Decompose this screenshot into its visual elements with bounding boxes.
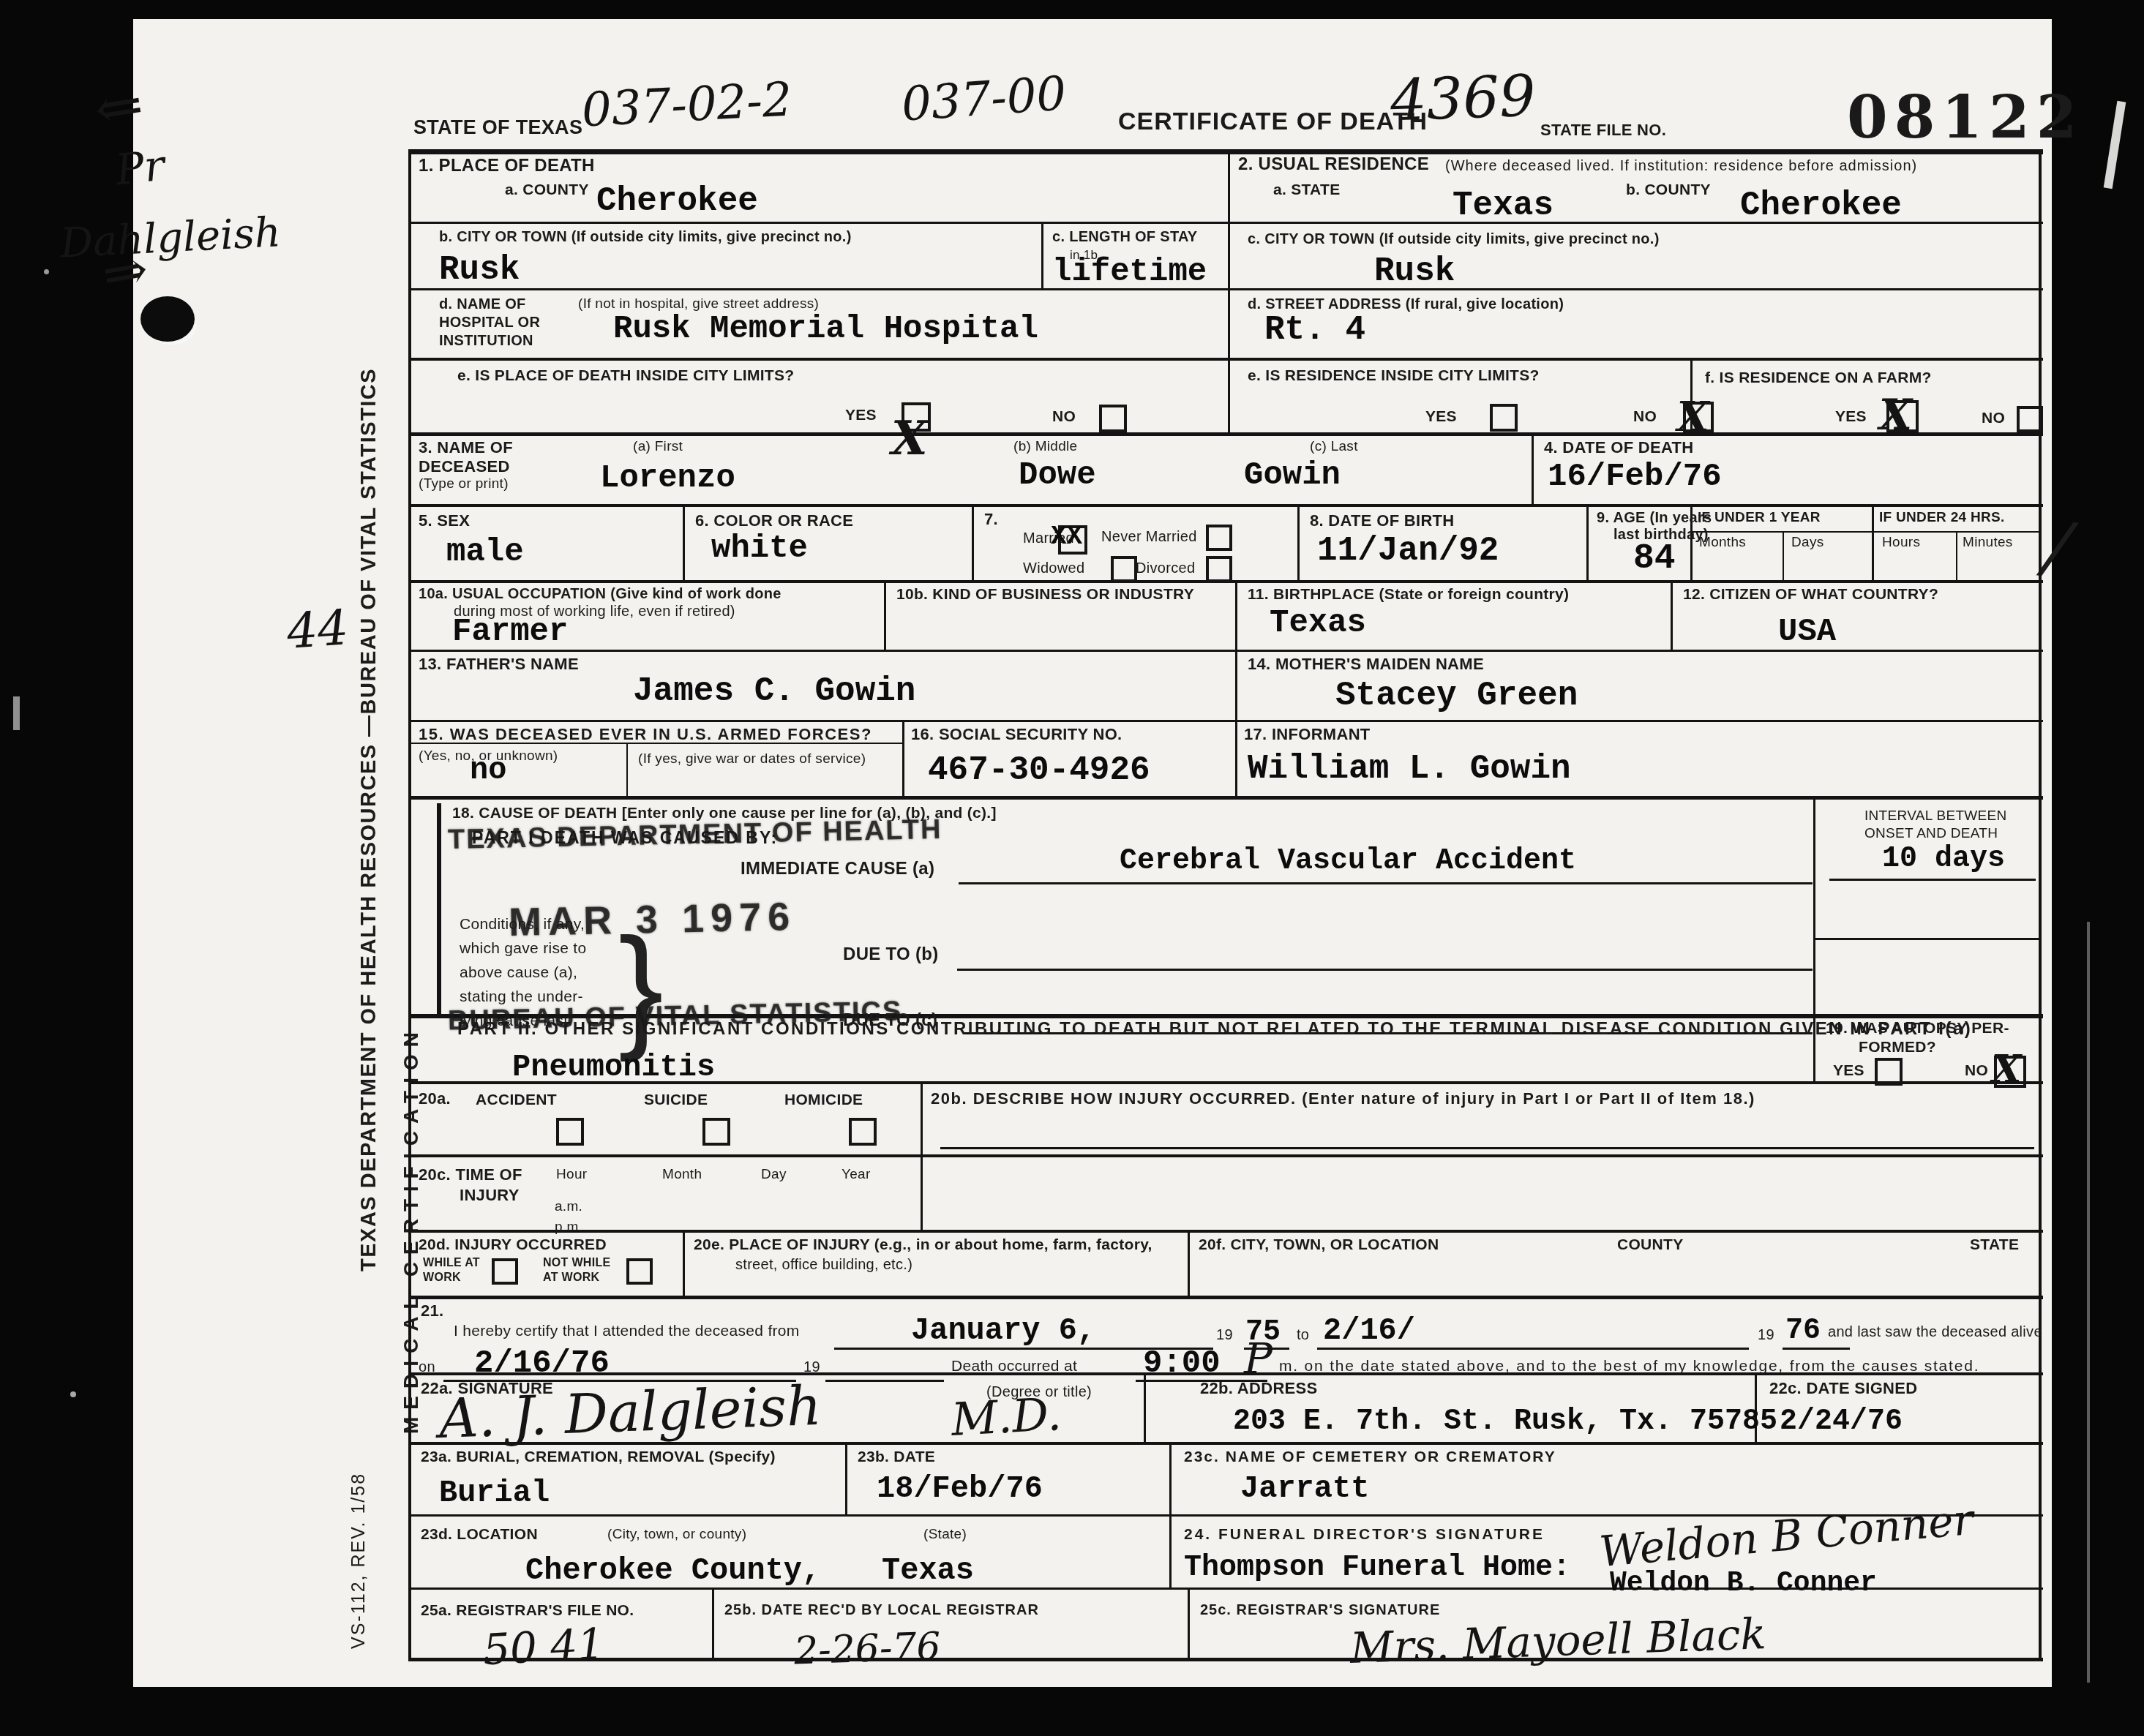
divider <box>1169 1442 1172 1587</box>
section3-title3: (Type or print) <box>419 477 509 492</box>
entry-underline <box>1783 1348 1850 1350</box>
part2-label: PART II. OTHER SIGNIFICANT CONDITIONS CO… <box>457 1020 1972 1039</box>
field-3a-first-label: (a) First <box>633 440 683 455</box>
scan-band-right-streak <box>2104 101 2126 189</box>
divider <box>1188 1587 1190 1658</box>
field-23d-location-label: 23d. LOCATION <box>421 1526 538 1543</box>
field-23d-city-value: Cherokee County, <box>525 1555 820 1586</box>
section3-title: 3. NAME OF <box>419 439 513 456</box>
field-23d-city-sub: (City, town, or county) <box>607 1528 746 1543</box>
divider <box>410 1658 2043 1661</box>
field-20c-am-label: a.m. <box>555 1200 582 1215</box>
field-7-widowed-label: Widowed <box>1023 560 1084 576</box>
field-21-yy-to: 76 <box>1785 1317 1821 1346</box>
state-of-texas-label: STATE OF TEXAS <box>413 117 582 139</box>
field-24-funeral-director-typed: Weldon B. Conner <box>1610 1570 1877 1598</box>
scan-speck <box>13 696 20 730</box>
field-19-no-x-mark: X <box>1992 1051 2021 1089</box>
field-22b-address-value: 203 E. 7th. St. Rusk, Tx. 75785 <box>1233 1408 1777 1437</box>
field-20a-homicide-checkbox <box>849 1118 877 1146</box>
divider <box>410 432 2043 436</box>
field-2e-limits-label: e. IS RESIDENCE INSIDE CITY LIMITS? <box>1248 367 1540 384</box>
margin-arrow-left-icon: ⇐ <box>91 75 147 139</box>
field-1e-limits-label: e. IS PLACE OF DEATH INSIDE CITY LIMITS? <box>457 367 794 384</box>
field-1b-city-label: b. CITY OR TOWN (If outside city limits,… <box>439 229 852 245</box>
section3-title2: DECEASED <box>419 458 510 476</box>
field-20b-label: 20b. DESCRIBE HOW INJURY OCCURRED. (Ente… <box>931 1090 1755 1108</box>
field-21-to-label: to <box>1297 1327 1309 1343</box>
part2-value: Pneumonitis <box>512 1052 715 1083</box>
scan-speck <box>70 1391 76 1397</box>
field-6-race-value: white <box>711 533 808 565</box>
field-2f-yes-label: YES <box>1835 408 1867 425</box>
divider <box>410 358 2043 361</box>
divider <box>1692 531 2040 533</box>
field-19-yes-checkbox <box>1875 1058 1903 1086</box>
field-1e-yes-label: YES <box>845 407 877 424</box>
field-7-label: 7. <box>984 511 998 528</box>
field-19-no-label: NO <box>1965 1062 1988 1079</box>
field-9-hours-label: Hours <box>1882 536 1920 551</box>
field-20a-accident-label: ACCIDENT <box>476 1091 557 1108</box>
divider <box>902 720 904 796</box>
field-21-from-date: January 6, <box>911 1315 1095 1346</box>
field-5-sex-value: male <box>446 536 524 568</box>
field-23a-burial-value: Burial <box>439 1478 550 1508</box>
field-25b-date-recd-value: 2-26-76 <box>793 1628 941 1671</box>
field-21-num: 21. <box>421 1302 443 1320</box>
divider <box>1235 580 1237 796</box>
field-18-interval-label1: INTERVAL BETWEEN <box>1864 809 2006 824</box>
field-2a-state-value: Texas <box>1453 189 1553 222</box>
field-20d-while-label1: WHILE AT <box>423 1257 480 1270</box>
field-7-never-married-checkbox <box>1206 525 1232 551</box>
divider <box>921 1081 923 1230</box>
field-1d-hospital-paren: (If not in hospital, give street address… <box>578 297 819 312</box>
field-2e-yes-label: YES <box>1425 408 1457 425</box>
stamp-received-date: MAR 3 1976 <box>508 894 796 945</box>
field-8-dob-value: 11/Jan/92 <box>1317 534 1499 568</box>
field-2e-no-x-mark: X <box>1677 397 1709 437</box>
field-20a-accident-checkbox <box>556 1118 584 1146</box>
field-7-married-xx-mark: XX <box>1051 524 1082 550</box>
field-2c-city-label: c. CITY OR TOWN (If outside city limits,… <box>1248 231 1660 247</box>
divider <box>1228 149 1230 435</box>
field-9-age-label: 9. AGE (In years <box>1597 510 1712 526</box>
field-9-months-label: Months <box>1699 536 1746 551</box>
field-2f-farm-label: f. IS RESIDENCE ON A FARM? <box>1705 369 1932 386</box>
handwritten-cert-number: 4369 <box>1390 68 1537 130</box>
section1-title: 1. PLACE OF DEATH <box>419 157 595 176</box>
field-20f-county-label: COUNTY <box>1617 1236 1683 1253</box>
field-23d-state-sub: (State) <box>923 1528 967 1543</box>
field-8-dob-label: 8. DATE OF BIRTH <box>1310 512 1455 530</box>
field-2d-street-value: Rt. 4 <box>1264 313 1365 347</box>
field-19-autopsy-label2: FORMED? <box>1859 1039 1936 1056</box>
divider <box>884 580 886 652</box>
divider <box>712 1587 714 1658</box>
field-20e-label2: street, office building, etc.) <box>735 1257 912 1273</box>
field-21-ampm-mark: P <box>1244 1337 1272 1380</box>
field-22c-date-signed-label: 22c. DATE SIGNED <box>1769 1380 1917 1397</box>
field-20d-label: 20d. INJURY OCCURRED <box>419 1236 607 1253</box>
field-18-immediate-cause-label: IMMEDIATE CAUSE (a) <box>741 860 934 879</box>
field-4-date-of-death-label: 4. DATE OF DEATH <box>1544 439 1693 456</box>
field-14-mother-label: 14. MOTHER'S MAIDEN NAME <box>1248 655 1484 673</box>
field-3b-middle-label: (b) Middle <box>1013 440 1077 455</box>
entry-underline <box>1829 879 2036 881</box>
margin-handwritten-name: Dahlgleish <box>59 212 282 265</box>
field-20c-month-label: Month <box>662 1168 702 1183</box>
field-21-to-date: 2/16/ <box>1323 1315 1415 1346</box>
field-2e-yes-checkbox <box>1490 404 1518 432</box>
field-2a-state-label: a. STATE <box>1273 181 1340 198</box>
field-13-father-value: James C. Gowin <box>633 675 915 708</box>
divider <box>1783 531 1784 582</box>
field-19-yes-label: YES <box>1833 1062 1864 1079</box>
field-20e-label1: 20e. PLACE OF INJURY (e.g., in or about … <box>694 1236 1152 1253</box>
divider <box>2039 149 2042 1661</box>
field-22b-address-label: 22b. ADDRESS <box>1200 1380 1318 1397</box>
field-18-due-to-b-label: DUE TO (b) <box>843 945 939 964</box>
field-2b-county-label: b. COUNTY <box>1626 181 1711 198</box>
field-23d-state-value: Texas <box>882 1555 974 1586</box>
field-1e-yes-x-mark: X <box>891 416 928 462</box>
field-20c-label2: INJURY <box>460 1187 520 1204</box>
divider <box>410 149 2043 154</box>
divider <box>1144 1372 1146 1442</box>
field-14-mother-value: Stacey Green <box>1335 679 1578 713</box>
divider <box>1956 531 1957 582</box>
field-7-divorced-checkbox <box>1206 556 1232 582</box>
divider <box>1532 432 1534 506</box>
field-20a-suicide-checkbox <box>702 1118 730 1146</box>
scan-speck <box>44 269 49 274</box>
divider <box>972 504 974 582</box>
entry-underline <box>940 1147 2034 1149</box>
field-25c-registrar-sig-label: 25c. REGISTRAR'S SIGNATURE <box>1200 1602 1440 1618</box>
divider <box>410 504 2043 507</box>
field-6-race-label: 6. COLOR OR RACE <box>695 512 853 530</box>
field-9-under-24-label: IF UNDER 24 HRS. <box>1879 511 2005 526</box>
state-file-no-label: STATE FILE NO. <box>1540 121 1666 139</box>
divider <box>408 149 411 1661</box>
field-16-ssn-label: 16. SOCIAL SECURITY NO. <box>911 726 1122 743</box>
field-10b-industry-label: 10b. KIND OF BUSINESS OR INDUSTRY <box>896 586 1194 603</box>
entry-underline <box>825 1380 944 1382</box>
field-23b-date-value: 18/Feb/76 <box>877 1473 1043 1504</box>
field-10a-occupation-label: 10a. USUAL OCCUPATION (Give kind of work… <box>419 586 781 602</box>
field-18-interval-label2: ONSET AND DEATH <box>1864 827 1998 842</box>
divider <box>1815 938 2040 940</box>
entry-underline <box>957 969 1813 971</box>
field-15-armed-forces-label: 15. WAS DECEASED EVER IN U.S. ARMED FORC… <box>419 726 872 743</box>
field-9-days-label: Days <box>1791 536 1824 551</box>
field-20d-not-while-label2: AT WORK <box>543 1271 599 1285</box>
field-11-birthplace-value: Texas <box>1270 607 1366 639</box>
divider <box>410 720 2043 722</box>
field-1d-hospital-label: d. NAME OF <box>439 296 526 312</box>
field-20c-label1: 20c. TIME OF <box>419 1166 522 1184</box>
field-23a-burial-label: 23a. BURIAL, CREMATION, REMOVAL (Specify… <box>421 1448 776 1465</box>
field-15-sub-right: (If yes, give war or dates of service) <box>638 752 866 767</box>
field-22a-degree-label: (Degree or title) <box>986 1384 1092 1400</box>
field-20d-while-label2: WORK <box>423 1271 461 1285</box>
field-1d-hospital-label2: HOSPITAL OR <box>439 315 540 331</box>
field-1a-county-value: Cherokee <box>596 184 758 218</box>
field-21-19b: 19 <box>1758 1327 1774 1343</box>
field-18-cause-a-value: Cerebral Vascular Accident <box>1120 847 1576 876</box>
field-20a-suicide-label: SUICIDE <box>644 1091 708 1108</box>
state-file-number: 08122 <box>1847 85 2083 149</box>
margin-arrow-right-icon: ⇒ <box>98 241 152 303</box>
field-21-tail1: and last saw the deceased alive <box>1828 1324 2042 1340</box>
field-7-never-married-label: Never Married <box>1101 529 1197 545</box>
field-21-time-value: 9:00 <box>1143 1348 1221 1380</box>
physician-signature: A. J. Dalgleish <box>438 1379 822 1446</box>
field-3c-last-label: (c) Last <box>1310 440 1358 455</box>
field-22c-date-signed-value: 2/24/76 <box>1780 1408 1903 1437</box>
field-2d-street-label: d. STREET ADDRESS (If rural, give locati… <box>1248 296 1564 312</box>
field-25b-date-recd-label: 25b. DATE REC'D BY LOCAL REGISTRAR <box>724 1602 1039 1618</box>
field-21-19a: 19 <box>1216 1327 1233 1343</box>
field-1d-hospital-value: Rusk Memorial Hospital <box>613 313 1038 345</box>
field-20d-not-while-label1: NOT WHILE <box>543 1257 610 1270</box>
field-1a-county-label: a. COUNTY <box>505 181 589 198</box>
field-1c-stay-value: lifetime <box>1052 256 1207 288</box>
field-21-on-label: on <box>419 1359 435 1375</box>
field-13-father-label: 13. FATHER'S NAME <box>419 655 579 673</box>
field-23c-cemetery-value: Jarratt <box>1240 1473 1369 1504</box>
divider <box>437 803 441 1014</box>
field-3a-first-value: Lorenzo <box>600 462 735 495</box>
field-23c-cemetery-label: 23c. NAME OF CEMETERY OR CREMATORY <box>1184 1448 1556 1465</box>
divider <box>1813 796 1815 1014</box>
field-1d-hospital-label3: INSTITUTION <box>439 333 533 349</box>
field-25a-file-no-label: 25a. REGISTRAR'S FILE NO. <box>421 1602 634 1619</box>
field-20c-hour-label: Hour <box>556 1168 587 1183</box>
field-2c-city-value: Rusk <box>1374 255 1455 288</box>
field-20f-label: 20f. CITY, TOWN, OR LOCATION <box>1199 1236 1439 1253</box>
field-16-ssn-value: 467-30-4926 <box>928 754 1150 787</box>
field-5-sex-label: 5. SEX <box>419 512 470 530</box>
document-title: CERTIFICATE OF DEATH <box>1118 108 1428 135</box>
field-3c-last-value: Gowin <box>1244 459 1341 492</box>
field-24-funeral-home-value: Thompson Funeral Home: <box>1184 1554 1570 1583</box>
field-2f-yes-x-mark: X <box>1879 394 1912 436</box>
field-25a-file-no-value: 50 41 <box>482 1623 606 1672</box>
field-10a-occupation-value: Farmer <box>452 616 568 648</box>
vertical-department-text: TEXAS DEPARTMENT OF HEALTH RESOURCES —BU… <box>357 368 381 1271</box>
divider <box>1671 580 1673 650</box>
field-1e-no-checkbox <box>1099 405 1127 432</box>
divider <box>1041 222 1043 290</box>
field-15-value: no <box>470 755 506 786</box>
field-20c-day-label: Day <box>761 1168 787 1183</box>
hole-punch <box>140 296 195 342</box>
field-2e-no-label: NO <box>1633 408 1657 425</box>
divider <box>410 1230 2043 1233</box>
field-11-birthplace-label: 11. BIRTHPLACE (State or foreign country… <box>1248 586 1569 603</box>
field-17-informant-label: 17. INFORMANT <box>1244 726 1371 743</box>
divider <box>626 743 628 797</box>
divider <box>410 1296 2043 1299</box>
divider <box>1586 504 1589 582</box>
field-23b-date-label: 23b. DATE <box>858 1448 935 1465</box>
field-18-conditions-note-3: above cause (a), <box>460 964 577 981</box>
handwritten-code-left: 037-02-2 <box>581 77 794 135</box>
entry-underline <box>959 882 1813 884</box>
field-1b-city-value: Rusk <box>439 253 520 287</box>
margin-handwritten-page-num: 44 <box>285 604 350 656</box>
field-21-19c: 19 <box>803 1359 820 1375</box>
divider <box>410 288 2043 290</box>
field-20c-year-label: Year <box>842 1168 871 1183</box>
field-18-interval-value: 10 days <box>1882 845 2005 874</box>
divider <box>410 1154 2043 1157</box>
field-9-under-year-label: IF UNDER 1 YEAR <box>1698 511 1821 526</box>
field-20a-label: 20a. <box>419 1090 451 1108</box>
divider <box>410 796 2043 800</box>
field-12-citizen-value: USA <box>1778 616 1836 648</box>
field-21-certify-text: I hereby certify that I attended the dec… <box>454 1323 800 1339</box>
field-4-date-of-death-value: 16/Feb/76 <box>1548 461 1722 493</box>
field-7-widowed-checkbox <box>1111 556 1137 582</box>
field-3b-middle-value: Dowe <box>1019 459 1096 492</box>
field-1c-stay-label: c. LENGTH OF STAY <box>1052 229 1197 245</box>
divider <box>1297 504 1300 582</box>
field-17-informant-value: William L. Gowin <box>1248 752 1571 786</box>
field-9-minutes-label: Minutes <box>1963 536 2013 551</box>
handwritten-code-right: 037-00 <box>900 70 1068 129</box>
scan-band-right-streak <box>2087 922 2090 1683</box>
field-2f-no-label: NO <box>1982 410 2005 427</box>
divider <box>683 1230 685 1296</box>
field-9-age-value: 84 <box>1633 541 1676 576</box>
divider <box>845 1442 847 1514</box>
divider <box>1872 504 1874 582</box>
field-12-citizen-label: 12. CITIZEN OF WHAT COUNTRY? <box>1683 586 1938 603</box>
section2-title-paren: (Where deceased lived. If institution: r… <box>1445 158 1917 174</box>
section2-title: 2. USUAL RESIDENCE <box>1238 155 1429 174</box>
field-20d-not-while-checkbox <box>626 1258 653 1285</box>
vertical-form-number: VS-112, REV. 1/58 <box>348 1473 370 1649</box>
margin-handwritten-note: Pr <box>113 144 166 192</box>
field-20c-pm-label: p.m. <box>555 1220 582 1236</box>
field-2b-county-value: Cherokee <box>1740 189 1902 222</box>
field-21-on-date: 2/16/76 <box>474 1348 610 1380</box>
field-1e-no-label: NO <box>1052 408 1076 425</box>
divider <box>683 504 685 582</box>
field-24-funeral-director-label: 24. FUNERAL DIRECTOR'S SIGNATURE <box>1184 1526 1545 1543</box>
field-20a-homicide-label: HOMICIDE <box>784 1091 863 1108</box>
field-2f-no-checkbox <box>2017 406 2043 432</box>
field-21-death-at-label: Death occurred at <box>951 1358 1077 1375</box>
scanned-death-certificate: ⇐ Pr Dahlgleish ⇒ 44 / TEXAS DEPARTMENT … <box>0 0 2144 1736</box>
field-20f-state-label: STATE <box>1970 1236 2019 1253</box>
field-20d-while-checkbox <box>492 1258 518 1285</box>
divider <box>1188 1230 1190 1296</box>
field-7-divorced-label: Divorced <box>1136 560 1195 576</box>
field-21-tail2: m. on the date stated above, and to the … <box>1279 1358 1979 1375</box>
